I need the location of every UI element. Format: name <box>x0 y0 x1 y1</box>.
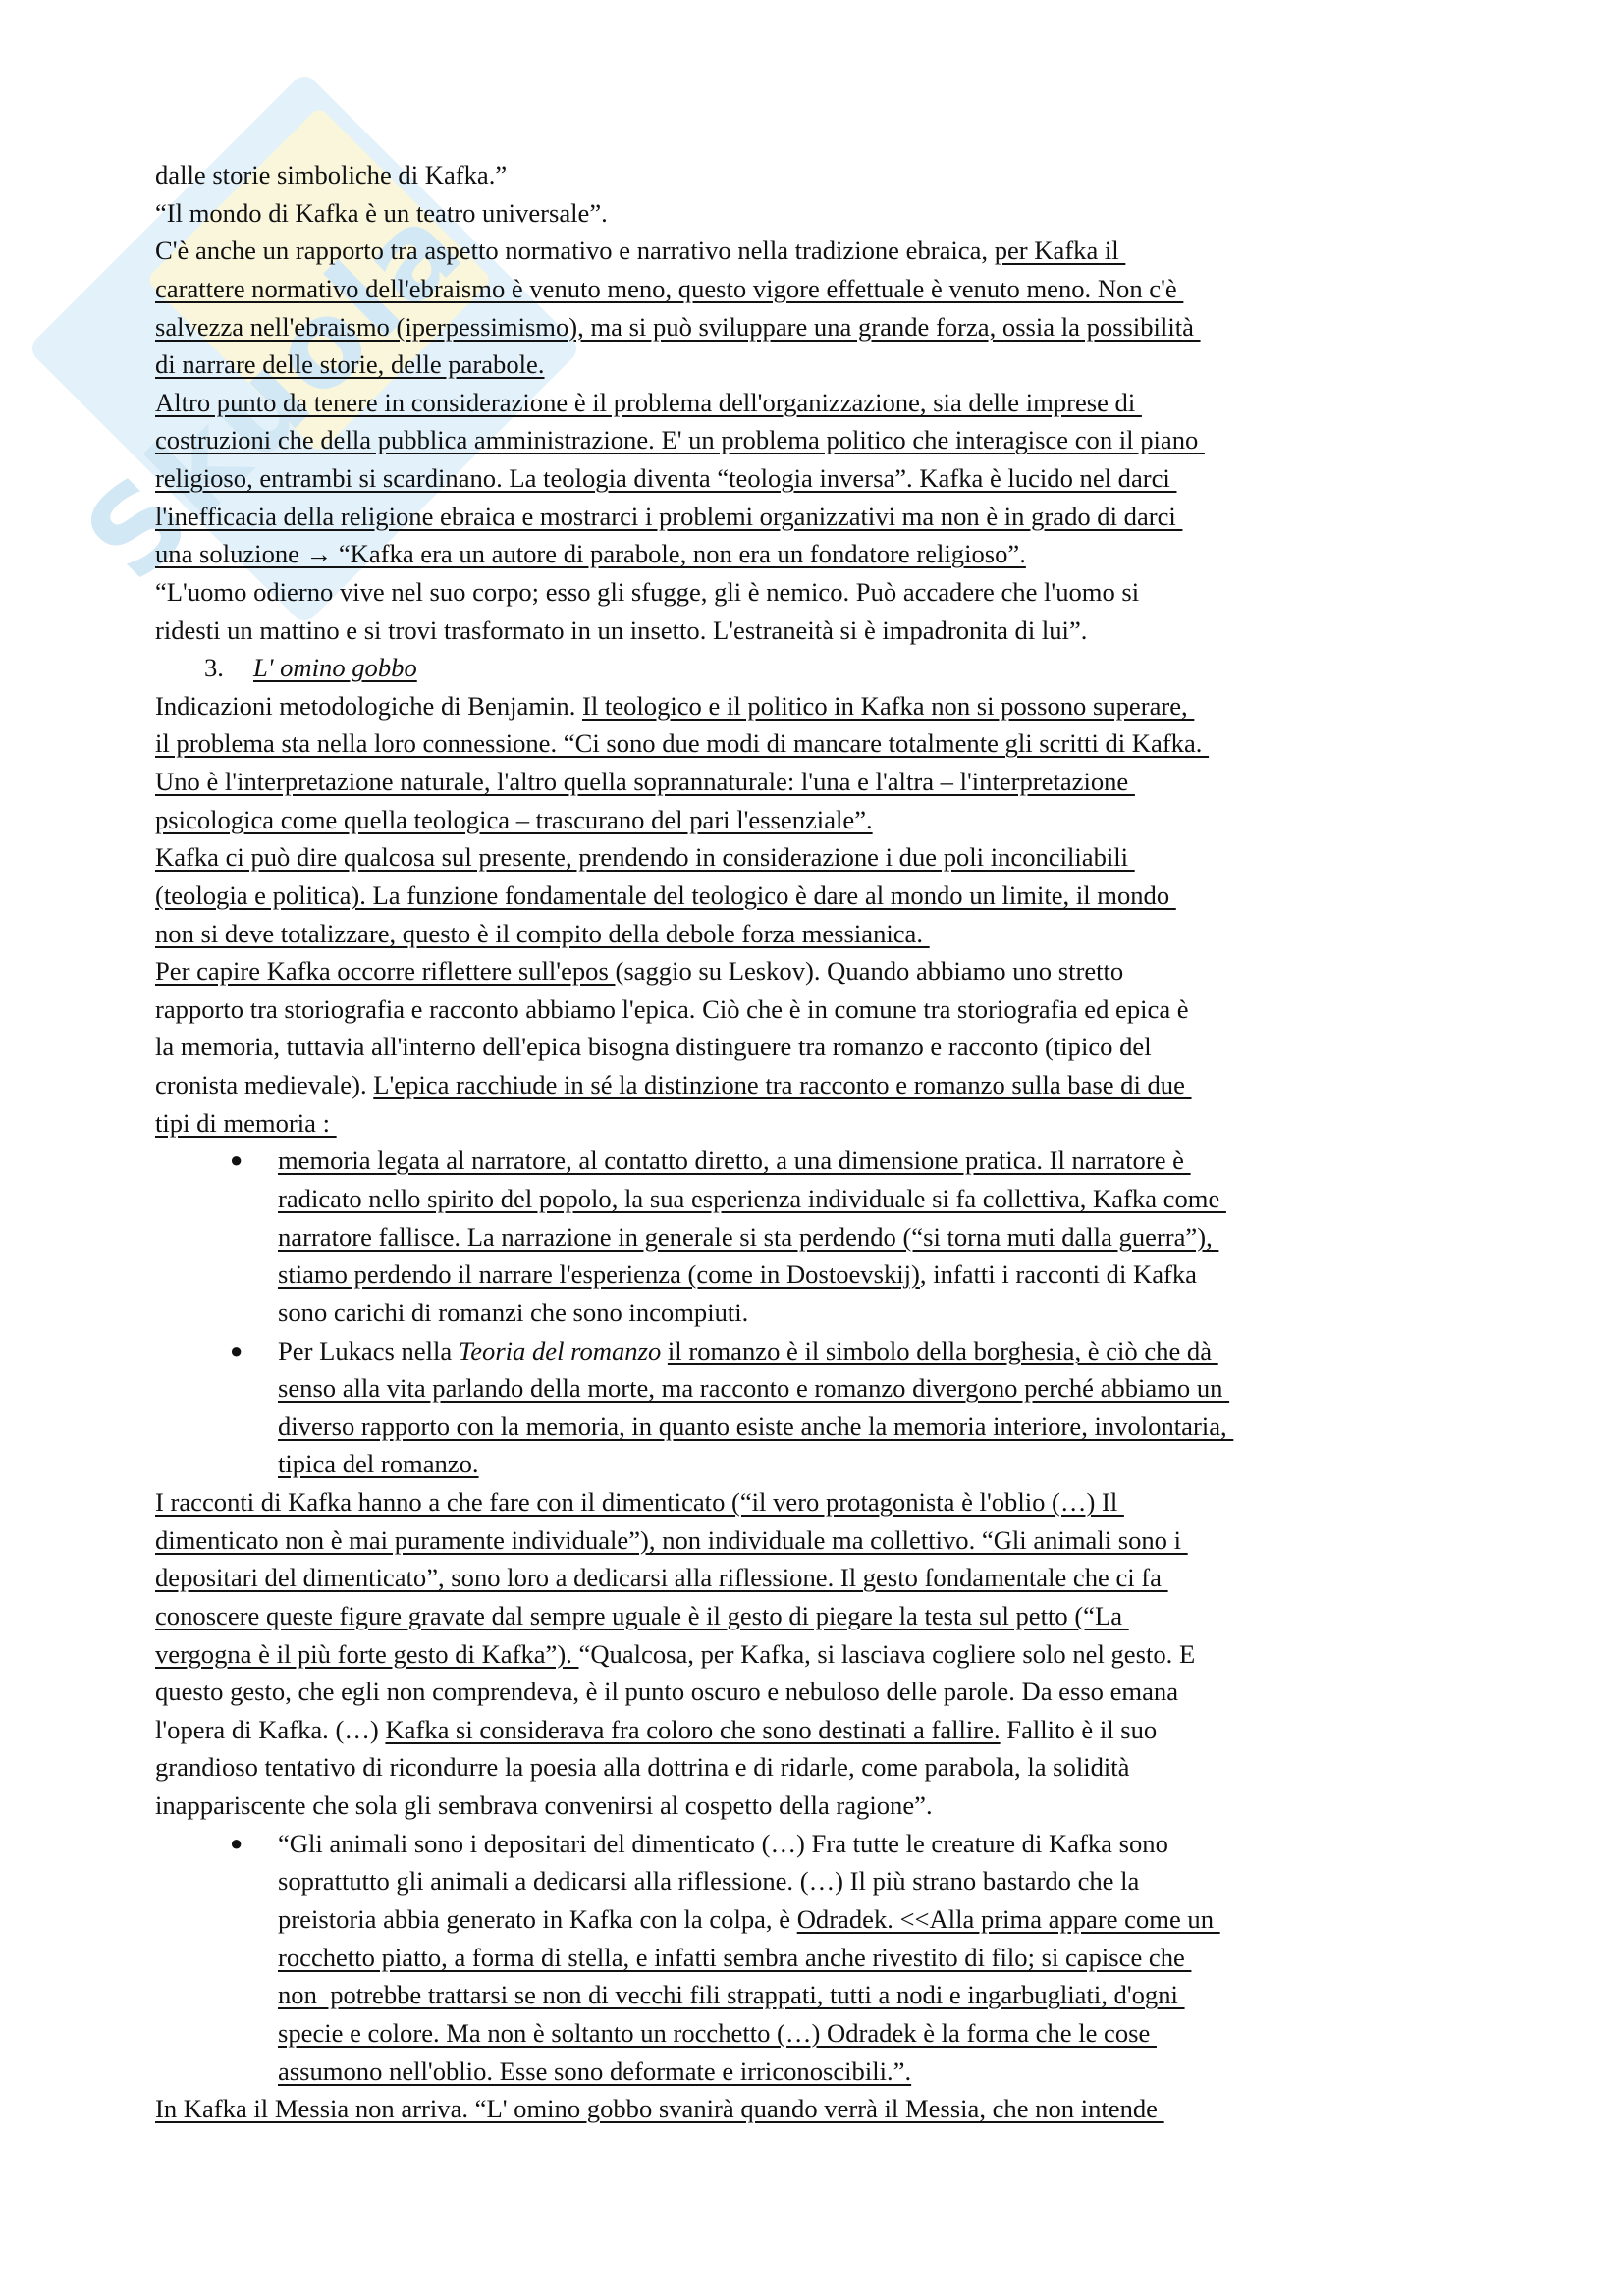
underlined-text: tipica del romanzo. <box>278 1449 479 1478</box>
underlined-text: religioso, entrambi si scardinano. La te… <box>155 463 1176 493</box>
line-content: l'inefficacia della religione ebraica e … <box>155 498 1182 536</box>
text-span: soprattutto gli animali a dedicarsi alla… <box>278 1866 1139 1896</box>
text-span: “L'uomo odierno vive nel suo corpo; esso… <box>155 577 1139 607</box>
line-content: diverso rapporto con la memoria, in quan… <box>278 1408 1233 1446</box>
line-content: preistoria abbia generato in Kafka con l… <box>278 1900 1220 1939</box>
line-content: una soluzione → “Kafka era un autore di … <box>155 535 1026 573</box>
underlined-text: per Kafka il <box>995 236 1126 265</box>
underlined-text: stiamo perdendo il narrare l'esperienza … <box>278 1259 920 1289</box>
line-content: depositari del dimenticato”, sono loro a… <box>155 1559 1168 1597</box>
underlined-text: rocchetto piatto, a forma di stella, e i… <box>278 1943 1191 1972</box>
text-span: inappariscente che sola gli sembrava con… <box>155 1790 933 1820</box>
underlined-text: carattere normativo dell'ebraismo è venu… <box>155 274 1183 303</box>
underlined-text: una soluzione → “Kafka era un autore di … <box>155 539 1026 568</box>
underlined-text: specie e colore. Ma non è soltanto un ro… <box>278 2018 1157 2048</box>
underlined-text: L'epica racchiude in sé la distinzione t… <box>373 1070 1191 1099</box>
line-content: senso alla vita parlando della morte, ma… <box>278 1369 1229 1408</box>
line-content: memoria legata al narratore, al contatto… <box>278 1142 1191 1180</box>
line-content: ridesti un mattino e si trovi trasformat… <box>155 612 1087 650</box>
line-content: (teologia e politica). La funzione fonda… <box>155 877 1176 915</box>
line-content: Altro punto da tenere in considerazione … <box>155 384 1142 422</box>
underlined-text: I racconti di Kafka hanno a che fare con… <box>155 1487 1124 1517</box>
line-content: “Il mondo di Kafka è un teatro universal… <box>155 194 608 233</box>
line-content: carattere normativo dell'ebraismo è venu… <box>155 270 1183 308</box>
text-span: Per Lukacs nella <box>278 1336 459 1365</box>
text-span: “Gli animali sono i depositari del dimen… <box>278 1829 1168 1858</box>
underlined-text: Il teologico e il politico in Kafka non … <box>582 691 1194 721</box>
underlined-text: non potrebbe trattarsi se non di vecchi … <box>278 1980 1185 2009</box>
text-span <box>661 1336 668 1365</box>
line-content: “Gli animali sono i depositari del dimen… <box>278 1825 1168 1863</box>
line-content: sono carichi di romanzi che sono incompi… <box>278 1294 748 1332</box>
underlined-text: memoria legata al narratore, al contatto… <box>278 1146 1191 1175</box>
line-content: tipi di memoria : <box>155 1104 337 1143</box>
section-title: L' omino gobbo <box>253 649 417 687</box>
line-content: assumono nell'oblio. Esse sono deformate… <box>278 2053 911 2091</box>
underlined-text: costruzioni che della pubblica amministr… <box>155 425 1205 454</box>
line-content: tipica del romanzo. <box>278 1445 479 1483</box>
line-content: cronista medievale). L'epica racchiude i… <box>155 1066 1192 1104</box>
bullet-icon: ● <box>230 1825 243 1863</box>
text-span: la memoria, tuttavia all'interno dell'ep… <box>155 1032 1152 1061</box>
line-content: non potrebbe trattarsi se non di vecchi … <box>278 1976 1185 2014</box>
underlined-text: dimenticato non è mai puramente individu… <box>155 1525 1188 1555</box>
text-span: “Qualcosa, per Kafka, si lasciava coglie… <box>579 1639 1196 1669</box>
bullet-icon: ● <box>230 1332 243 1370</box>
text-span: cronista medievale). <box>155 1070 373 1099</box>
text-span: preistoria abbia generato in Kafka con l… <box>278 1904 797 1934</box>
line-content: stiamo perdendo il narrare l'esperienza … <box>278 1255 1197 1294</box>
text-span: Indicazioni metodologiche di Benjamin. <box>155 691 582 721</box>
underlined-text: Odradek. <<Alla prima appare come un <box>797 1904 1220 1934</box>
text-span: , infatti i racconti di Kafka <box>920 1259 1197 1289</box>
text-span: (saggio su Leskov). Quando abbiamo uno s… <box>615 956 1123 986</box>
underlined-text: salvezza nell'ebraismo (iperpessimismo),… <box>155 312 1201 342</box>
text-span: dalle storie simboliche di Kafka.” <box>155 160 507 189</box>
underlined-text: il romanzo è il simbolo della borghesia,… <box>668 1336 1218 1365</box>
document-page: Skuola dalle storie simboliche di Kafka.… <box>0 0 1623 2296</box>
line-content: inappariscente che sola gli sembrava con… <box>155 1787 933 1825</box>
line-content: Indicazioni metodologiche di Benjamin. I… <box>155 687 1194 725</box>
underlined-text: vergogna è il più forte gesto di Kafka”)… <box>155 1639 579 1669</box>
line-content: radicato nello spirito del popolo, la su… <box>278 1180 1226 1218</box>
underlined-text: diverso rapporto con la memoria, in quan… <box>278 1412 1233 1441</box>
underlined-text: psicologica come quella teologica – tras… <box>155 805 873 834</box>
text-span: grandioso tentativo di ricondurre la poe… <box>155 1752 1130 1782</box>
line-content: costruzioni che della pubblica amministr… <box>155 421 1205 459</box>
line-content: In Kafka il Messia non arriva. “L' omino… <box>155 2090 1164 2128</box>
underlined-text: Altro punto da tenere in considerazione … <box>155 388 1142 417</box>
underlined-text: tipi di memoria : <box>155 1108 337 1138</box>
line-content: I racconti di Kafka hanno a che fare con… <box>155 1483 1124 1522</box>
line-content: rapporto tra storiografia e racconto abb… <box>155 990 1189 1029</box>
line-content: Per Lukacs nella Teoria del romanzo il r… <box>278 1332 1218 1370</box>
underlined-text: Per capire Kafka occorre riflettere sull… <box>155 956 615 986</box>
text-span: “Il mondo di Kafka è un teatro universal… <box>155 198 608 228</box>
line-content: questo gesto, che egli non comprendeva, … <box>155 1673 1178 1711</box>
line-content: “L'uomo odierno vive nel suo corpo; esso… <box>155 573 1139 612</box>
line-content: religioso, entrambi si scardinano. La te… <box>155 459 1176 498</box>
line-content: la memoria, tuttavia all'interno dell'ep… <box>155 1028 1152 1066</box>
line-content: il problema sta nella loro connessione. … <box>155 724 1209 763</box>
line-content: grandioso tentativo di ricondurre la poe… <box>155 1748 1130 1787</box>
text-span: rapporto tra storiografia e racconto abb… <box>155 994 1189 1024</box>
text-span: ridesti un mattino e si trovi trasformat… <box>155 615 1087 645</box>
line-content: rocchetto piatto, a forma di stella, e i… <box>278 1939 1191 1977</box>
underlined-text: In Kafka il Messia non arriva. “L' omino… <box>155 2094 1164 2123</box>
line-content: narratore fallisce. La narrazione in gen… <box>278 1218 1218 1256</box>
line-content: Uno è l'interpretazione naturale, l'altr… <box>155 763 1135 801</box>
italic-title: Teoria del romanzo <box>459 1336 661 1365</box>
underlined-text: Kafka ci può dire qualcosa sul presente,… <box>155 842 1135 872</box>
underlined-text: il problema sta nella loro connessione. … <box>155 728 1209 758</box>
text-span: questo gesto, che egli non comprendeva, … <box>155 1677 1178 1706</box>
underlined-text: narratore fallisce. La narrazione in gen… <box>278 1222 1218 1252</box>
underlined-text: (teologia e politica). La funzione fonda… <box>155 881 1176 910</box>
line-content: conoscere queste figure gravate dal semp… <box>155 1597 1129 1635</box>
line-content: vergogna è il più forte gesto di Kafka”)… <box>155 1635 1195 1674</box>
bullet-icon: ● <box>230 1142 243 1180</box>
underlined-text: Kafka si considerava fra coloro che sono… <box>385 1715 1000 1744</box>
underlined-text: assumono nell'oblio. Esse sono deformate… <box>278 2056 911 2086</box>
line-content: Per capire Kafka occorre riflettere sull… <box>155 952 1123 990</box>
line-content: salvezza nell'ebraismo (iperpessimismo),… <box>155 308 1201 347</box>
line-content: non si deve totalizzare, questo è il com… <box>155 915 930 953</box>
underlined-text: di narrare delle storie, delle parabole. <box>155 349 545 379</box>
line-content: psicologica come quella teologica – tras… <box>155 801 873 839</box>
underlined-text: depositari del dimenticato”, sono loro a… <box>155 1563 1168 1592</box>
line-content: specie e colore. Ma non è soltanto un ro… <box>278 2014 1157 2053</box>
text-span: l'opera di Kafka. (…) <box>155 1715 385 1744</box>
underlined-text: Uno è l'interpretazione naturale, l'altr… <box>155 767 1135 796</box>
line-content: C'è anche un rapporto tra aspetto normat… <box>155 232 1125 270</box>
underlined-text: conoscere queste figure gravate dal semp… <box>155 1601 1129 1630</box>
line-content: dalle storie simboliche di Kafka.” <box>155 156 507 194</box>
underlined-text: l'inefficacia della religione ebraica e … <box>155 502 1182 531</box>
line-content: Kafka ci può dire qualcosa sul presente,… <box>155 838 1135 877</box>
text-span: sono carichi di romanzi che sono incompi… <box>278 1298 748 1327</box>
underlined-text: radicato nello spirito del popolo, la su… <box>278 1184 1226 1213</box>
text-span: Fallito è il suo <box>1001 1715 1158 1744</box>
line-content: l'opera di Kafka. (…) Kafka si considera… <box>155 1711 1157 1749</box>
underlined-text: senso alla vita parlando della morte, ma… <box>278 1373 1229 1403</box>
text-span: C'è anche un rapporto tra aspetto normat… <box>155 236 995 265</box>
line-content: dimenticato non è mai puramente individu… <box>155 1522 1188 1560</box>
line-content: di narrare delle storie, delle parabole. <box>155 346 545 384</box>
line-content: soprattutto gli animali a dedicarsi alla… <box>278 1862 1139 1900</box>
underlined-text: non si deve totalizzare, questo è il com… <box>155 919 930 948</box>
section-number: 3. <box>204 649 224 687</box>
